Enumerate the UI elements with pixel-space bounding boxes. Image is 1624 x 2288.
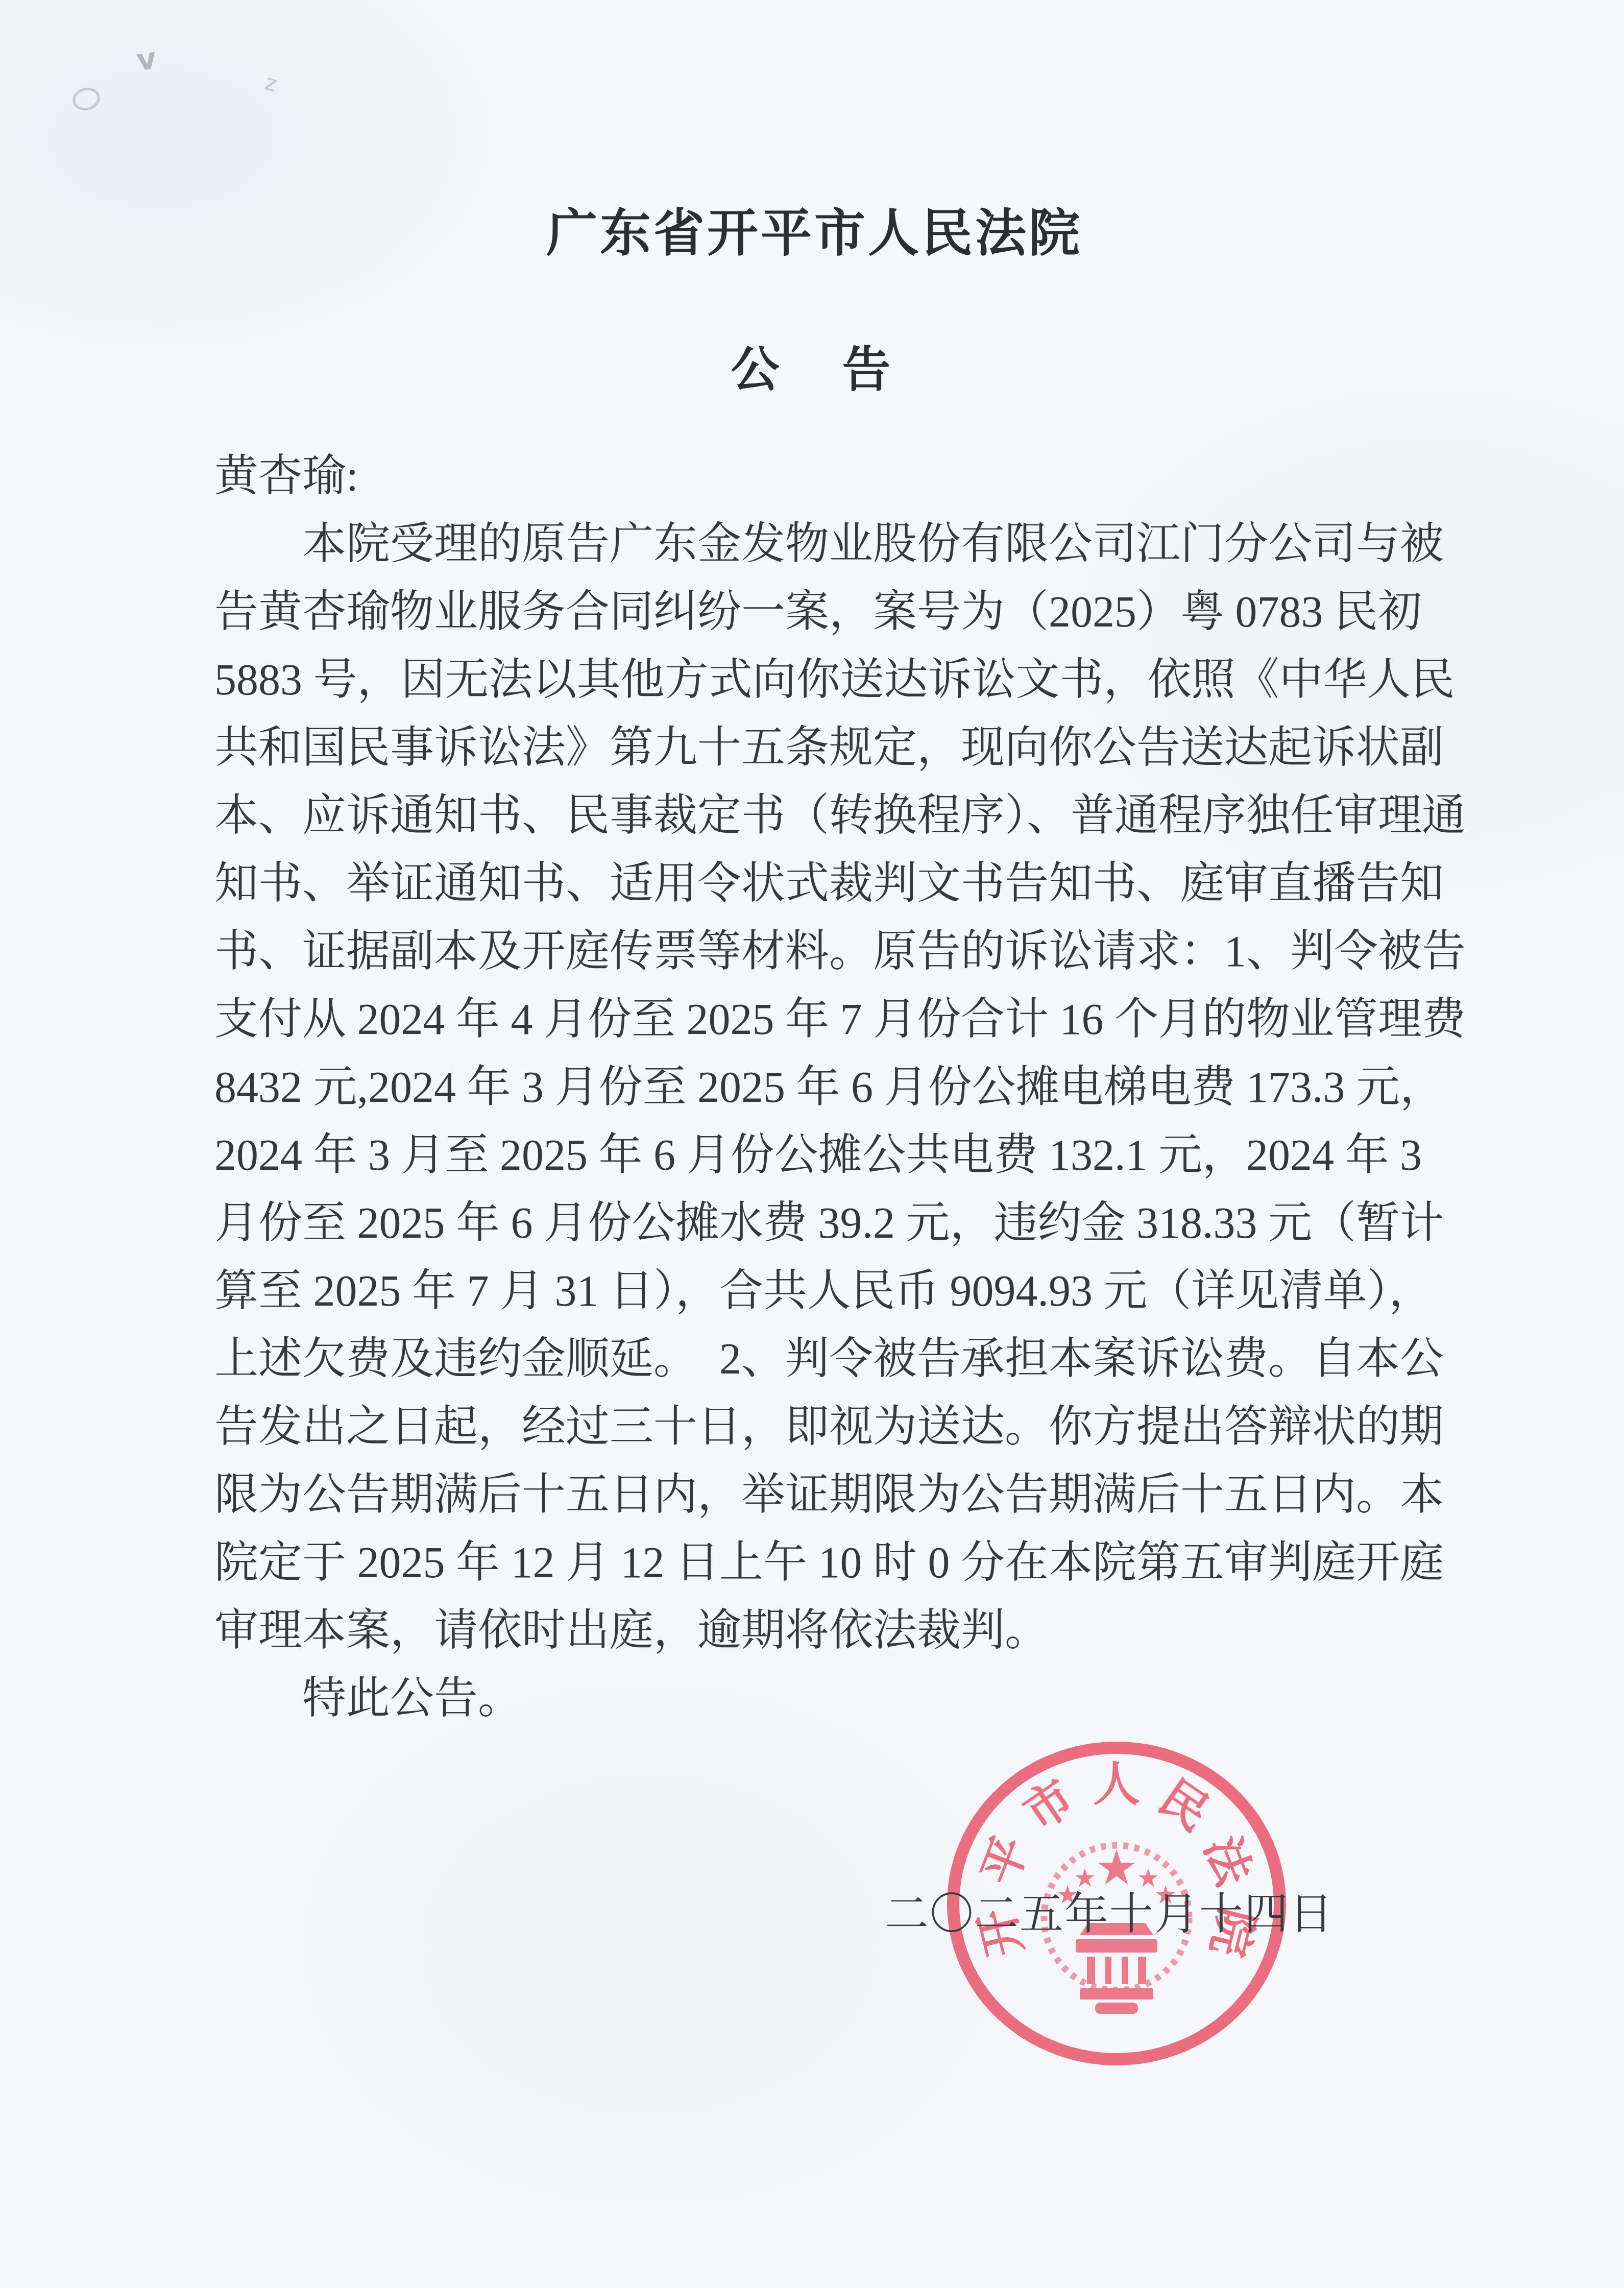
gate-column xyxy=(1138,1957,1146,1984)
gate-band xyxy=(1076,1939,1157,1953)
body-line: 算至 2025 年 7 月 31 日），合共人民币 9094.93 元（详见清单… xyxy=(214,1257,1414,1325)
body-line: 审理本案，请依时出庭，逾期将依法裁判。 xyxy=(214,1597,1414,1665)
pen-mark: v xyxy=(134,41,158,78)
issue-date: 二〇二五年十月十四日 xyxy=(885,1890,1334,1939)
gate-column xyxy=(1122,1957,1128,1984)
body-line: 上述欠费及违约金顺延。 2、判令被告承担本案诉讼费。自本公 xyxy=(214,1325,1414,1393)
body-line: 支付从 2024 年 4 月份至 2025 年 7 月份合计 16 个月的物业管… xyxy=(214,985,1414,1053)
seal-char: 人 xyxy=(1093,1759,1140,1811)
body-line: 知书、举证通知书、适用令状式裁判文书告知书、庭审直播告知 xyxy=(214,850,1414,918)
body-line: 限为公告期满后十五日内，举证期限为公告期满后十五日内。本 xyxy=(214,1461,1414,1529)
body-line: 告黄杏瑜物业服务合同纠纷一案，案号为（2025）粤 0783 民初 xyxy=(214,578,1414,646)
body-line: 8432 元,2024 年 3 月份至 2025 年 6 月份公摊电梯电费 17… xyxy=(214,1053,1414,1121)
ink-smudge xyxy=(70,85,103,113)
body-line: 本、应诉通知书、民事裁定书（转换程序）、普通程序独任审理通 xyxy=(214,782,1414,850)
body-line: 共和国民事诉讼法》第九十五条规定，现向你公告送达起诉状副 xyxy=(214,714,1414,782)
document-content: 广东省开平市人民法院 公 告 黄杏瑜: 本院受理的原告广东金发物业股份有限公司江… xyxy=(214,0,1414,1732)
body-line: 书、证据副本及开庭传票等材料。原告的诉讼请求：1、判令被告 xyxy=(214,918,1414,985)
seal-char: 法 xyxy=(1195,1829,1261,1892)
body-line: 院定于 2025 年 12 月 12 日上午 10 时 0 分在本院第五审判庭开… xyxy=(214,1529,1414,1597)
body-line: 2024 年 3 月至 2025 年 6 月份公摊公共电费 132.1 元，20… xyxy=(214,1121,1414,1189)
gate-base xyxy=(1080,1988,1153,2000)
small-star-icon xyxy=(1075,1868,1095,1887)
big-star-icon xyxy=(1098,1849,1135,1885)
court-name-heading: 广东省开平市人民法院 xyxy=(214,203,1414,264)
closing-line: 特此公告。 xyxy=(214,1665,1414,1732)
body-line: 告发出之日起，经过三十日，即视为送达。你方提出答辩状的期 xyxy=(214,1393,1414,1461)
recipient-salutation: 黄杏瑜: xyxy=(214,442,1414,510)
small-star-icon xyxy=(1138,1868,1158,1887)
gate-column xyxy=(1087,1957,1095,1984)
document-page: v z 广东省开平市人民法院 公 告 黄杏瑜: 本院受理的原告广东金发物业股份有… xyxy=(0,0,1624,2288)
body-line: 本院受理的原告广东金发物业股份有限公司江门分公司与被 xyxy=(214,510,1414,578)
body-line: 5883 号，因无法以其他方式向你送达诉讼文书，依照《中华人民 xyxy=(214,646,1414,714)
gate-column xyxy=(1105,1957,1111,1984)
page-title: 公 告 xyxy=(214,341,1414,399)
seal-char: 平 xyxy=(973,1829,1038,1892)
gear-base xyxy=(1095,2003,1138,2014)
body-line: 月份至 2025 年 6 月份公摊水费 39.2 元，违约金 318.33 元（… xyxy=(214,1189,1414,1257)
